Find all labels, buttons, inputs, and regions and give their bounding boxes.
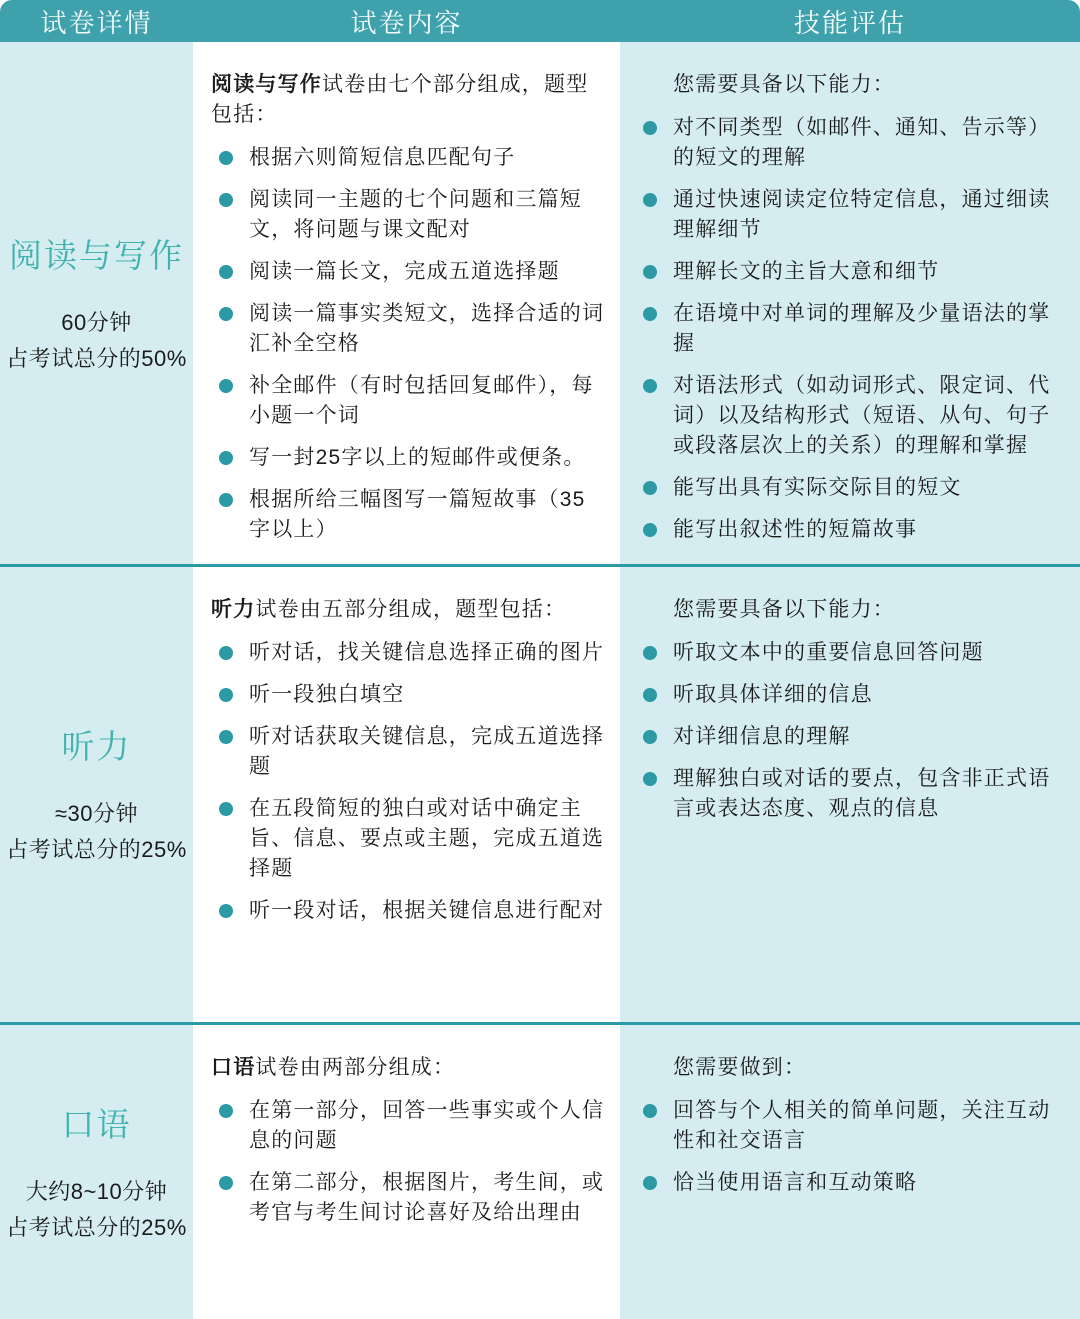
content-bullet-list: 根据六则简短信息匹配句子 阅读同一主题的七个问题和三篇短文，将问题与课文配对 阅… bbox=[211, 143, 607, 545]
bullet-text: 听取具体详细的信息 bbox=[673, 680, 1060, 710]
bullet-text: 回答与个人相关的简单问题，关注互动性和社交语言 bbox=[673, 1096, 1060, 1156]
content-intro-lead: 阅读与写作 bbox=[211, 73, 322, 96]
content-intro: 口语试卷由两部分组成： bbox=[211, 1053, 607, 1083]
bullet-dot-icon bbox=[219, 307, 233, 321]
paper-duration: ≈30分钟 bbox=[55, 796, 138, 832]
bullet-dot-icon bbox=[643, 481, 657, 495]
bullet-text: 理解长文的主旨大意和细节 bbox=[673, 257, 1060, 287]
bullet-item: 听取文本中的重要信息回答问题 bbox=[643, 638, 1060, 668]
bullet-text: 在语境中对单词的理解及少量语法的掌握 bbox=[673, 299, 1060, 359]
bullet-dot-icon bbox=[219, 1104, 233, 1118]
bullet-dot-icon bbox=[219, 379, 233, 393]
content-bullet-list: 听对话，找关键信息选择正确的图片 听一段独白填空 听对话获取关键信息，完成五道选… bbox=[211, 638, 607, 926]
paper-detail-cell: 阅读与写作 60分钟 占考试总分的50% bbox=[0, 42, 193, 564]
paper-name: 阅读与写作 bbox=[9, 230, 184, 277]
bullet-dot-icon bbox=[643, 646, 657, 660]
bullet-text: 听一段独白填空 bbox=[249, 680, 607, 710]
bullet-item: 在第一部分，回答一些事实或个人信息的问题 bbox=[211, 1096, 607, 1156]
row-reading-writing: 阅读与写作 60分钟 占考试总分的50% 阅读与写作试卷由七个部分组成，题型包括… bbox=[0, 42, 1080, 564]
bullet-dot-icon bbox=[219, 265, 233, 279]
paper-content-cell: 听力试卷由五部分组成，题型包括： 听对话，找关键信息选择正确的图片 听一段独白填… bbox=[193, 567, 620, 1022]
bullet-text: 恰当使用语言和互动策略 bbox=[673, 1168, 1060, 1198]
bullet-item: 通过快速阅读定位特定信息，通过细读理解细节 bbox=[643, 185, 1060, 245]
bullet-dot-icon bbox=[643, 379, 657, 393]
bullet-dot-icon bbox=[219, 688, 233, 702]
bullet-text: 能写出具有实际交际目的短文 bbox=[673, 473, 1060, 503]
bullet-text: 根据六则简短信息匹配句子 bbox=[249, 143, 607, 173]
bullet-dot-icon bbox=[643, 523, 657, 537]
bullet-text: 能写出叙述性的短篇故事 bbox=[673, 515, 1060, 545]
bullet-text: 补全邮件（有时包括回复邮件），每小题一个词 bbox=[249, 371, 607, 431]
bullet-text: 阅读一篇长文，完成五道选择题 bbox=[249, 257, 607, 287]
skills-intro: 您需要具备以下能力： bbox=[673, 595, 1060, 625]
bullet-item: 听一段对话，根据关键信息进行配对 bbox=[211, 896, 607, 926]
skills-cell: 您需要做到： 回答与个人相关的简单问题，关注互动性和社交语言 恰当使用语言和互动… bbox=[620, 1025, 1080, 1319]
bullet-dot-icon bbox=[219, 451, 233, 465]
bullet-text: 理解独白或对话的要点，包含非正式语言或表达态度、观点的信息 bbox=[673, 764, 1060, 824]
bullet-text: 根据所给三幅图写一篇短故事（35字以上） bbox=[249, 485, 607, 545]
skills-cell: 您需要具备以下能力： 对不同类型（如邮件、通知、告示等）的短文的理解 通过快速阅… bbox=[620, 42, 1080, 564]
bullet-dot-icon bbox=[219, 151, 233, 165]
row-listening: 听力 ≈30分钟 占考试总分的25% 听力试卷由五部分组成，题型包括： 听对话，… bbox=[0, 564, 1080, 1022]
bullet-dot-icon bbox=[643, 730, 657, 744]
bullet-text: 在第一部分，回答一些事实或个人信息的问题 bbox=[249, 1096, 607, 1156]
bullet-text: 听取文本中的重要信息回答问题 bbox=[673, 638, 1060, 668]
header-paper-content: 试卷内容 bbox=[193, 3, 620, 40]
content-bullet-list: 在第一部分，回答一些事实或个人信息的问题 在第二部分，根据图片，考生间，或考官与… bbox=[211, 1096, 607, 1228]
bullet-item: 听取具体详细的信息 bbox=[643, 680, 1060, 710]
paper-duration: 60分钟 bbox=[61, 305, 131, 341]
bullet-text: 听一段对话，根据关键信息进行配对 bbox=[249, 896, 607, 926]
bullet-item: 对详细信息的理解 bbox=[643, 722, 1060, 752]
bullet-item: 能写出叙述性的短篇故事 bbox=[643, 515, 1060, 545]
bullet-text: 在五段简短的独白或对话中确定主旨、信息、要点或主题，完成五道选择题 bbox=[249, 794, 607, 884]
bullet-item: 阅读一篇事实类短文，选择合适的词汇补全空格 bbox=[211, 299, 607, 359]
bullet-dot-icon bbox=[643, 772, 657, 786]
paper-detail-cell: 听力 ≈30分钟 占考试总分的25% bbox=[0, 567, 193, 1022]
bullet-item: 理解独白或对话的要点，包含非正式语言或表达态度、观点的信息 bbox=[643, 764, 1060, 824]
bullet-text: 通过快速阅读定位特定信息，通过细读理解细节 bbox=[673, 185, 1060, 245]
skills-bullet-list: 听取文本中的重要信息回答问题 听取具体详细的信息 对详细信息的理解 bbox=[643, 638, 1060, 824]
bullet-item: 听对话，找关键信息选择正确的图片 bbox=[211, 638, 607, 668]
bullet-dot-icon bbox=[219, 646, 233, 660]
exam-overview-table: 试卷详情 试卷内容 技能评估 阅读与写作 60分钟 占考试总分的50% 阅读与写… bbox=[0, 0, 1080, 1319]
bullet-dot-icon bbox=[219, 802, 233, 816]
bullet-item: 能写出具有实际交际目的短文 bbox=[643, 473, 1060, 503]
paper-name: 听力 bbox=[62, 721, 132, 768]
bullet-text: 对语法形式（如动词形式、限定词、代词）以及结构形式（短语、从句、句子或段落层次上… bbox=[673, 371, 1060, 461]
bullet-dot-icon bbox=[219, 193, 233, 207]
bullet-dot-icon bbox=[643, 121, 657, 135]
bullet-item: 对语法形式（如动词形式、限定词、代词）以及结构形式（短语、从句、句子或段落层次上… bbox=[643, 371, 1060, 461]
bullet-item: 阅读一篇长文，完成五道选择题 bbox=[211, 257, 607, 287]
bullet-text: 写一封25字以上的短邮件或便条。 bbox=[249, 443, 607, 473]
bullet-dot-icon bbox=[643, 193, 657, 207]
bullet-dot-icon bbox=[643, 1176, 657, 1190]
table-header-row: 试卷详情 试卷内容 技能评估 bbox=[0, 0, 1080, 42]
bullet-dot-icon bbox=[219, 493, 233, 507]
content-intro-lead: 口语 bbox=[211, 1056, 255, 1079]
header-skills-assessment: 技能评估 bbox=[620, 3, 1080, 40]
bullet-text: 听对话获取关键信息，完成五道选择题 bbox=[249, 722, 607, 782]
skills-intro: 您需要做到： bbox=[673, 1053, 1060, 1083]
bullet-item: 阅读同一主题的七个问题和三篇短文，将问题与课文配对 bbox=[211, 185, 607, 245]
bullet-item: 回答与个人相关的简单问题，关注互动性和社交语言 bbox=[643, 1096, 1060, 1156]
bullet-item: 在语境中对单词的理解及少量语法的掌握 bbox=[643, 299, 1060, 359]
content-intro-rest: 试卷由五部分组成，题型包括： bbox=[255, 598, 566, 621]
bullet-dot-icon bbox=[643, 307, 657, 321]
bullet-item: 恰当使用语言和互动策略 bbox=[643, 1168, 1060, 1198]
paper-weight: 占考试总分的25% bbox=[6, 1210, 187, 1246]
content-intro: 阅读与写作试卷由七个部分组成，题型包括： bbox=[211, 70, 607, 130]
bullet-item: 理解长文的主旨大意和细节 bbox=[643, 257, 1060, 287]
bullet-text: 阅读同一主题的七个问题和三篇短文，将问题与课文配对 bbox=[249, 185, 607, 245]
bullet-item: 在五段简短的独白或对话中确定主旨、信息、要点或主题，完成五道选择题 bbox=[211, 794, 607, 884]
bullet-item: 根据所给三幅图写一篇短故事（35字以上） bbox=[211, 485, 607, 545]
bullet-dot-icon bbox=[219, 1176, 233, 1190]
bullet-dot-icon bbox=[219, 904, 233, 918]
paper-content-cell: 口语试卷由两部分组成： 在第一部分，回答一些事实或个人信息的问题 在第二部分，根… bbox=[193, 1025, 620, 1319]
bullet-item: 补全邮件（有时包括回复邮件），每小题一个词 bbox=[211, 371, 607, 431]
bullet-dot-icon bbox=[219, 730, 233, 744]
skills-bullet-list: 回答与个人相关的简单问题，关注互动性和社交语言 恰当使用语言和互动策略 bbox=[643, 1096, 1060, 1198]
bullet-item: 听对话获取关键信息，完成五道选择题 bbox=[211, 722, 607, 782]
content-intro: 听力试卷由五部分组成，题型包括： bbox=[211, 595, 607, 625]
content-intro-lead: 听力 bbox=[211, 598, 255, 621]
row-speaking: 口语 大约8~10分钟 占考试总分的25% 口语试卷由两部分组成： 在第一部分，… bbox=[0, 1022, 1080, 1319]
skills-bullet-list: 对不同类型（如邮件、通知、告示等）的短文的理解 通过快速阅读定位特定信息，通过细… bbox=[643, 113, 1060, 545]
paper-weight: 占考试总分的25% bbox=[6, 832, 187, 868]
bullet-text: 对不同类型（如邮件、通知、告示等）的短文的理解 bbox=[673, 113, 1060, 173]
bullet-text: 对详细信息的理解 bbox=[673, 722, 1060, 752]
header-paper-details: 试卷详情 bbox=[0, 3, 193, 40]
paper-weight: 占考试总分的50% bbox=[6, 341, 187, 377]
bullet-text: 听对话，找关键信息选择正确的图片 bbox=[249, 638, 607, 668]
bullet-item: 听一段独白填空 bbox=[211, 680, 607, 710]
paper-content-cell: 阅读与写作试卷由七个部分组成，题型包括： 根据六则简短信息匹配句子 阅读同一主题… bbox=[193, 42, 620, 564]
paper-duration: 大约8~10分钟 bbox=[26, 1174, 168, 1210]
bullet-text: 阅读一篇事实类短文，选择合适的词汇补全空格 bbox=[249, 299, 607, 359]
content-intro-rest: 试卷由两部分组成： bbox=[255, 1056, 455, 1079]
skills-cell: 您需要具备以下能力： 听取文本中的重要信息回答问题 听取具体详细的信息 bbox=[620, 567, 1080, 1022]
bullet-item: 对不同类型（如邮件、通知、告示等）的短文的理解 bbox=[643, 113, 1060, 173]
bullet-item: 写一封25字以上的短邮件或便条。 bbox=[211, 443, 607, 473]
bullet-item: 在第二部分，根据图片，考生间，或考官与考生间讨论喜好及给出理由 bbox=[211, 1168, 607, 1228]
bullet-text: 在第二部分，根据图片，考生间，或考官与考生间讨论喜好及给出理由 bbox=[249, 1168, 607, 1228]
bullet-dot-icon bbox=[643, 688, 657, 702]
paper-name: 口语 bbox=[62, 1099, 132, 1146]
skills-intro: 您需要具备以下能力： bbox=[673, 70, 1060, 100]
bullet-item: 根据六则简短信息匹配句子 bbox=[211, 143, 607, 173]
paper-detail-cell: 口语 大约8~10分钟 占考试总分的25% bbox=[0, 1025, 193, 1319]
bullet-dot-icon bbox=[643, 1104, 657, 1118]
bullet-dot-icon bbox=[643, 265, 657, 279]
